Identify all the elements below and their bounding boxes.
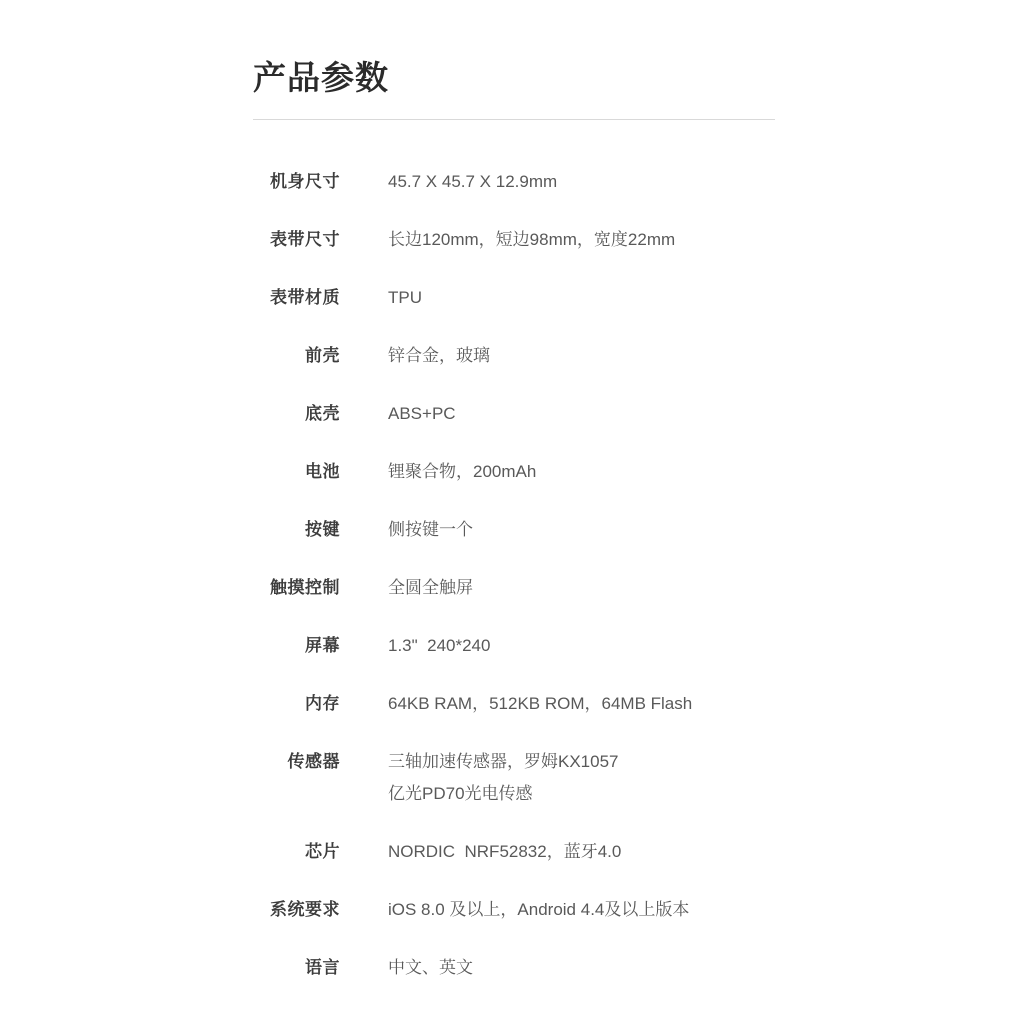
spec-value: 全圆全触屏	[388, 576, 473, 600]
spec-row: 触摸控制 全圆全触屏	[253, 576, 775, 600]
title-divider	[253, 119, 775, 120]
spec-row: 传感器 三轴加速传感器，罗姆KX1057亿光PD70光电传感	[253, 750, 775, 806]
spec-value-line: TPU	[388, 286, 422, 310]
spec-value: NORDIC NRF52832，蓝牙4.0	[388, 840, 621, 864]
spec-value-line: 长边120mm，短边98mm，宽度22mm	[388, 228, 675, 252]
spec-row: 底壳 ABS+PC	[253, 402, 775, 426]
spec-label: 前壳	[253, 344, 340, 368]
spec-value: 三轴加速传感器，罗姆KX1057亿光PD70光电传感	[388, 750, 619, 806]
spec-value-line: iOS 8.0 及以上，Android 4.4及以上版本	[388, 898, 689, 922]
spec-value: 长边120mm，短边98mm，宽度22mm	[388, 228, 675, 252]
spec-row: 表带材质 TPU	[253, 286, 775, 310]
spec-label: 按键	[253, 518, 340, 542]
spec-row: 内存 64KB RAM，512KB ROM，64MB Flash	[253, 692, 775, 716]
spec-label: 系统要求	[253, 898, 340, 922]
spec-value: TPU	[388, 286, 422, 310]
spec-value-line: NORDIC NRF52832，蓝牙4.0	[388, 840, 621, 864]
spec-row: 语言 中文、英文	[253, 956, 775, 980]
spec-label: 屏幕	[253, 634, 340, 658]
spec-value-line: 全圆全触屏	[388, 576, 473, 600]
spec-label: 表带尺寸	[253, 228, 340, 252]
spec-value-line: 锌合金，玻璃	[388, 344, 490, 368]
spec-label: 传感器	[253, 750, 340, 774]
spec-content: 产品参数 机身尺寸 45.7 X 45.7 X 12.9mm 表带尺寸 长边12…	[253, 58, 775, 980]
spec-value-line: 侧按键一个	[388, 518, 473, 542]
spec-label: 表带材质	[253, 286, 340, 310]
spec-value: ABS+PC	[388, 402, 456, 426]
spec-row: 机身尺寸 45.7 X 45.7 X 12.9mm	[253, 170, 775, 194]
spec-label: 机身尺寸	[253, 170, 340, 194]
spec-label: 芯片	[253, 840, 340, 864]
spec-list: 机身尺寸 45.7 X 45.7 X 12.9mm 表带尺寸 长边120mm，短…	[253, 170, 775, 980]
spec-row: 表带尺寸 长边120mm，短边98mm，宽度22mm	[253, 228, 775, 252]
spec-label: 底壳	[253, 402, 340, 426]
spec-value-line: 1.3" 240*240	[388, 634, 490, 658]
spec-value-line: 45.7 X 45.7 X 12.9mm	[388, 170, 557, 194]
spec-label: 触摸控制	[253, 576, 340, 600]
page-title: 产品参数	[253, 58, 775, 98]
spec-value: 锂聚合物，200mAh	[388, 460, 536, 484]
spec-row: 系统要求 iOS 8.0 及以上，Android 4.4及以上版本	[253, 898, 775, 922]
spec-value-line: 64KB RAM，512KB ROM，64MB Flash	[388, 692, 692, 716]
spec-value-line: 三轴加速传感器，罗姆KX1057	[388, 750, 619, 774]
spec-value: 1.3" 240*240	[388, 634, 490, 658]
spec-label: 语言	[253, 956, 340, 980]
spec-value: 中文、英文	[388, 956, 473, 980]
spec-value-line: ABS+PC	[388, 402, 456, 426]
spec-label: 电池	[253, 460, 340, 484]
spec-value: 锌合金，玻璃	[388, 344, 490, 368]
spec-row: 芯片 NORDIC NRF52832，蓝牙4.0	[253, 840, 775, 864]
spec-value-line: 亿光PD70光电传感	[388, 782, 619, 806]
spec-row: 前壳 锌合金，玻璃	[253, 344, 775, 368]
spec-row: 电池 锂聚合物，200mAh	[253, 460, 775, 484]
spec-value-line: 中文、英文	[388, 956, 473, 980]
spec-label: 内存	[253, 692, 340, 716]
spec-value-line: 锂聚合物，200mAh	[388, 460, 536, 484]
product-spec-page: 产品参数 机身尺寸 45.7 X 45.7 X 12.9mm 表带尺寸 长边12…	[0, 0, 1024, 1024]
spec-value: 64KB RAM，512KB ROM，64MB Flash	[388, 692, 692, 716]
spec-value: iOS 8.0 及以上，Android 4.4及以上版本	[388, 898, 689, 922]
spec-value: 45.7 X 45.7 X 12.9mm	[388, 170, 557, 194]
spec-value: 侧按键一个	[388, 518, 473, 542]
spec-row: 按键 侧按键一个	[253, 518, 775, 542]
spec-row: 屏幕 1.3" 240*240	[253, 634, 775, 658]
